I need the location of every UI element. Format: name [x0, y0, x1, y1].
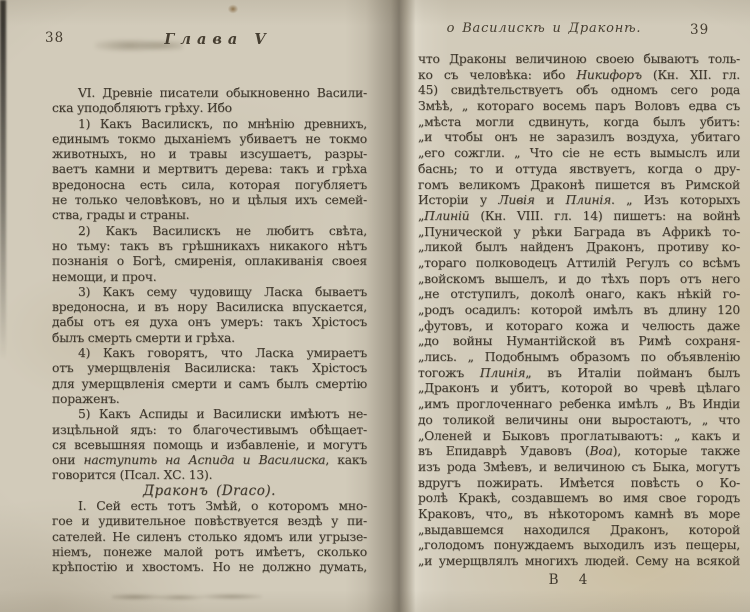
book-scan: 38 Глава V VI. Древніе писатели обыкнове…	[0, 0, 750, 612]
text-line: вредоносна, и въ нору Василиска впускает…	[52, 300, 367, 315]
text-line: для умерщвленія смерти и самъ былъ смерт…	[52, 377, 367, 392]
text-line: VI. Древніе писатели обыкновенно Васили-	[52, 86, 367, 101]
text-run: для умерщвленія смерти и самъ былъ смерт…	[52, 377, 367, 391]
text-line: въ Епидаврѣ Удавовъ (Boa), которые также	[418, 444, 740, 460]
text-run: сателей. Не силенъ столько ядомъ или угр…	[52, 530, 367, 544]
text-line: „голодомъ понуждаемъ выходилъ изъ пещеры…	[418, 538, 740, 554]
text-run: дабы отъ ея духа онъ умеръ: такъ Хрістос…	[52, 315, 367, 329]
text-run: (Кн. XII. гл.	[642, 68, 740, 82]
text-line: единымъ токмо дыханіемъ убиваетъ не токм…	[52, 132, 367, 147]
text-run: животныхъ, но и травы изсушаетъ, разры-	[52, 147, 367, 161]
text-line: вдругъ пожирать. Имѣется повѣсть о Ко-	[418, 476, 740, 492]
text-run: „выдавшемся находился Драконъ, которой	[418, 523, 740, 537]
text-run: „имъ проглоченнаго ребенка имѣлъ „ Въ Ин…	[418, 397, 740, 411]
text-run: ся всевышняя помощь и избавленіе, и могу…	[52, 438, 367, 452]
text-line: познанія о Богѣ, смиренія, оплакиванія с…	[52, 254, 367, 269]
text-run: изъ рода Змѣевъ, и величиною съ Быка, мо…	[418, 460, 740, 474]
text-line: ніемъ, понеже малой ротъ имѣетъ, сколько	[52, 545, 367, 560]
text-run: „войскомъ вышелъ, и до тѣхъ поръ отъ нег…	[418, 272, 740, 286]
signature-mark: В 4	[418, 572, 718, 588]
text-run: „до войны Нумантійской въ Римѣ сохраня-	[418, 334, 740, 348]
text-line: „и умерщвлялъ многихъ людей. Сему на вся…	[418, 554, 740, 570]
italic-text-run: Плиній	[424, 209, 469, 223]
text-line: изъ рода Змѣевъ, и величиною съ Быка, мо…	[418, 460, 740, 476]
text-run: 1) Какъ Василискъ, по мнѣнію древнихъ,	[78, 117, 367, 131]
text-run: „Пунической у рѣки Баграда въ Африкѣ то-	[418, 225, 740, 239]
text-run: „голодомъ понуждаемъ выходилъ изъ пещеры…	[418, 538, 740, 552]
text-line: „родъ осадилъ: которой имѣлъ въ длину 12…	[418, 303, 740, 319]
text-line: былъ смерть смерти и грѣха.	[52, 331, 367, 346]
text-run: . „ Изъ которыхъ	[611, 193, 740, 207]
text-run: 3) Какъ сему чудовищу Ласка бываетъ	[78, 285, 367, 299]
text-run: Змѣѣ, „ котораго восемь паръ Воловъ едва…	[418, 99, 740, 113]
text-line: „имъ проглоченнаго ребенка имѣлъ „ Въ Ин…	[418, 397, 740, 413]
text-line: ваетъ камни и мертвитъ дерева: такъ и гр…	[52, 162, 367, 177]
text-line: 4) Какъ говорятъ, что Ласка умираетъ	[52, 346, 367, 361]
text-line: 1) Какъ Василискъ, по мнѣнію древнихъ,	[52, 117, 367, 132]
text-run: 2) Какъ Василискъ не любитъ свѣта,	[78, 224, 367, 238]
text-run: Краковъ, что„ въ нѣкоторомъ камнѣ въ мор…	[418, 507, 740, 521]
text-run: ніемъ, понеже малой ротъ имѣетъ, сколько	[52, 545, 367, 559]
text-line: „футовъ, и котораго кожа и челюсть даже	[418, 319, 740, 335]
text-line: „ликой былъ найденъ Драконъ, противу ко-	[418, 240, 740, 256]
text-run: и	[535, 193, 566, 207]
text-line: „его сожгли. „ Что сіе не есть вымыслъ и…	[418, 146, 740, 162]
text-run: пораженъ.	[52, 392, 120, 406]
text-line: отъ умерщвленія Василиска: такъ Хрістосъ	[52, 361, 367, 376]
text-run: въ Епидаврѣ Удавовъ (	[418, 444, 589, 458]
text-line: до толикой величины они выростаютъ, „ чт…	[418, 413, 740, 429]
text-line: „Пунической у рѣки Баграда въ Африкѣ то-	[418, 225, 740, 241]
text-run: ваетъ камни и мертвитъ дерева: такъ и гр…	[52, 162, 367, 176]
text-run: „футовъ, и котораго кожа и челюсть даже	[418, 319, 740, 333]
running-title: о Василискѣ и Драконѣ.	[432, 21, 656, 36]
right-page-text: что Драконы величиною своею бываютъ толь…	[418, 52, 740, 570]
text-run: „и умерщвлялъ многихъ людей. Сему на вся…	[418, 554, 740, 568]
text-run: изцѣльной ядъ: то благочестивымъ обѣщает…	[52, 423, 367, 437]
left-page-text: VI. Древніе писатели обыкновенно Васили-…	[52, 86, 367, 576]
text-line: „выдавшемся находился Драконъ, которой	[418, 523, 740, 539]
text-run: вредоносна, и въ нору Василиска впускает…	[52, 300, 367, 314]
text-run: „Драконъ и убитъ, которой во чревѣ цѣлаг…	[418, 381, 740, 395]
text-line: „тораго полководецъ Аттилій Регулъ со вс…	[418, 256, 740, 272]
text-run: (Кн. VIII. гл. 14) пишетъ: на войнѣ	[469, 209, 740, 223]
text-run: „лись. „ Подобнымъ образомъ по объявлені…	[418, 350, 740, 364]
text-line: но тьму: такъ въ грѣшникахъ никакого нѣт…	[52, 239, 367, 254]
text-line: ролѣ Кракѣ, создавшемъ во имя свое город…	[418, 491, 740, 507]
italic-text-run: Ливія	[498, 193, 534, 207]
text-run: но тьму: такъ въ грѣшникахъ никакого нѣт…	[52, 239, 367, 253]
text-run: „ликой былъ найденъ Драконъ, противу ко-	[418, 240, 740, 254]
italic-text-run: Драконъ (Draco).	[143, 483, 276, 499]
text-run: I. Сей есть тотъ Змѣй, о которомъ мно-	[78, 499, 367, 513]
italic-text-run: Плинія	[480, 366, 525, 380]
text-run: познанія о Богѣ, смиренія, оплакиванія с…	[52, 254, 367, 268]
text-line: Драконъ (Draco).	[52, 484, 367, 499]
text-run: гомъ великомъ Драконѣ пишется въ Римской	[418, 178, 740, 192]
text-line: „Драконъ и убитъ, которой во чревѣ цѣлаг…	[418, 381, 740, 397]
text-line: дабы отъ ея духа онъ умеръ: такъ Хрістос…	[52, 315, 367, 330]
text-line: „Плиній (Кн. VIII. гл. 14) пишетъ: на во…	[418, 209, 740, 225]
text-line: Исторіи у Ливія и Плинія. „ Изъ которыхъ	[418, 193, 740, 209]
text-run: Исторіи у	[418, 193, 498, 207]
text-line: что Драконы величиною своею бываютъ толь…	[418, 52, 740, 68]
text-line: ства, грады и страны.	[52, 208, 367, 223]
text-line: ко съ человѣка: ибо Никифоръ (Кн. XII. г…	[418, 68, 740, 84]
text-line: I. Сей есть тотъ Змѣй, о которомъ мно-	[52, 499, 367, 514]
text-line: тогожъ Плинія„ въ Италіи пойманъ былъ	[418, 366, 740, 382]
text-run: ска уподобляютъ грѣху. Ибо	[52, 101, 232, 115]
text-run: VI. Древніе писатели обыкновенно Васили-	[78, 86, 367, 100]
text-line: ска уподобляютъ грѣху. Ибо	[52, 101, 367, 116]
text-run: „и чтобы онъ не заразилъ воздуха, убитаг…	[418, 130, 740, 144]
text-line: Краковъ, что„ въ нѣкоторомъ камнѣ въ мор…	[418, 507, 740, 523]
text-run: „Оленей и Быковъ проглатываютъ: „ какъ и	[418, 429, 740, 443]
text-line: „Оленей и Быковъ проглатываютъ: „ какъ и	[418, 429, 740, 445]
text-line: „и чтобы онъ не заразилъ воздуха, убитаг…	[418, 130, 740, 146]
text-line: сателей. Не силенъ столько ядомъ или угр…	[52, 530, 367, 545]
text-run: до толикой величины они выростаютъ, „ чт…	[418, 413, 740, 427]
text-line: ся всевышняя помощь и избавленіе, и могу…	[52, 438, 367, 453]
text-line: баснь; то и оттуда явствуетъ, когда о др…	[418, 162, 740, 178]
text-line: „не отступилъ, доколѣ онаго, какъ нѣкій …	[418, 287, 740, 303]
page-number-left: 38	[45, 30, 64, 46]
text-line: 3) Какъ сему чудовищу Ласка бываетъ	[52, 285, 367, 300]
text-line: „войскомъ вышелъ, и до тѣхъ поръ отъ нег…	[418, 272, 740, 288]
text-line: Змѣѣ, „ котораго восемь паръ Воловъ едва…	[418, 99, 740, 115]
text-run: былъ смерть смерти и грѣха.	[52, 331, 235, 345]
text-run: „его сожгли. „ Что сіе не есть вымыслъ и…	[418, 146, 740, 160]
text-run: ства, грады и страны.	[52, 208, 189, 222]
text-line: они наступить на Аспида и Василиска, как…	[52, 453, 367, 468]
text-run: „родъ осадилъ: которой имѣлъ въ длину 12…	[418, 303, 740, 317]
text-run: „тораго полководецъ Аттилій Регулъ со вс…	[418, 256, 740, 270]
text-run: ), которые также	[613, 444, 740, 458]
text-run: ролѣ Кракѣ, создавшемъ во имя свое город…	[418, 491, 740, 505]
text-line: „до войны Нумантійской въ Римѣ сохраня-	[418, 334, 740, 350]
text-line: 2) Какъ Василискъ не любитъ свѣта,	[52, 224, 367, 239]
italic-text-run: Boa	[589, 444, 612, 458]
text-run: ко съ человѣка: ибо	[418, 68, 576, 82]
italic-text-run: Плинія	[566, 193, 611, 207]
text-run: они	[52, 453, 83, 467]
text-line: вредоносна есть сила, которая погубляетъ	[52, 178, 367, 193]
text-line: пораженъ.	[52, 392, 367, 407]
scan-edge-shadow	[0, 0, 6, 360]
text-run: „ въ Италіи пойманъ былъ	[525, 366, 740, 380]
text-run: 4) Какъ говорятъ, что Ласка умираетъ	[78, 346, 367, 360]
text-line: крѣпостію и хвостомъ. Но не должно думат…	[52, 560, 367, 575]
text-line: гомъ великомъ Драконѣ пишется въ Римской	[418, 178, 740, 194]
text-run: 5) Какъ Аспиды и Василиски имѣютъ не-	[78, 407, 367, 421]
text-line: „мѣста могли сдвинуть, когда былъ убитъ:	[418, 115, 740, 131]
text-run: единымъ токмо дыханіемъ убиваетъ не токм…	[52, 132, 367, 146]
text-run: гое и удивительное повѣствуется вездѣ у …	[52, 514, 367, 528]
text-run: крѣпостію и хвостомъ. Но не должно думат…	[52, 560, 367, 574]
text-line: 45) свидѣтельствуетъ объ одномъ сего род…	[418, 83, 740, 99]
text-run: вдругъ пожирать. Имѣется повѣсть о Ко-	[418, 476, 740, 490]
text-run: тогожъ	[418, 366, 480, 380]
chapter-heading: Глава V	[118, 31, 318, 48]
text-line: не только человѣковъ, но и цѣлыя ихъ сем…	[52, 193, 367, 208]
italic-text-run: Никифоръ	[576, 68, 641, 82]
page-number-right: 39	[690, 22, 709, 38]
text-run: немощи, и проч.	[52, 270, 157, 284]
italic-text-run: наступить на Аспида и Василиска	[83, 453, 325, 467]
text-line: 5) Какъ Аспиды и Василиски имѣютъ не-	[52, 407, 367, 422]
text-run: отъ умерщвленія Василиска: такъ Хрістосъ	[52, 361, 367, 375]
text-line: „лись. „ Подобнымъ образомъ по объявлені…	[418, 350, 740, 366]
ink-bleed-smudge	[112, 593, 262, 601]
text-line: изцѣльной ядъ: то благочестивымъ обѣщает…	[52, 423, 367, 438]
text-run: что Драконы величиною своею бываютъ толь…	[418, 52, 740, 66]
text-run: „мѣста могли сдвинуть, когда былъ убитъ:	[418, 115, 740, 129]
text-run: говорится (Псал. ХС. 13).	[52, 468, 212, 482]
text-run: „не отступилъ, доколѣ онаго, какъ нѣкій …	[418, 287, 740, 301]
text-line: говорится (Псал. ХС. 13).	[52, 468, 367, 483]
text-run: не только человѣковъ, но и цѣлыя ихъ сем…	[52, 193, 367, 207]
text-run: вредоносна есть сила, которая погубляетъ	[52, 178, 367, 192]
text-line: немощи, и проч.	[52, 270, 367, 285]
text-line: гое и удивительное повѣствуется вездѣ у …	[52, 514, 367, 529]
text-run: баснь; то и оттуда явствуетъ, когда о др…	[418, 162, 740, 176]
text-line: животныхъ, но и травы изсушаетъ, разры-	[52, 147, 367, 162]
text-run: , какъ	[325, 453, 367, 467]
text-run: 45) свидѣтельствуетъ объ одномъ сего род…	[418, 83, 740, 97]
